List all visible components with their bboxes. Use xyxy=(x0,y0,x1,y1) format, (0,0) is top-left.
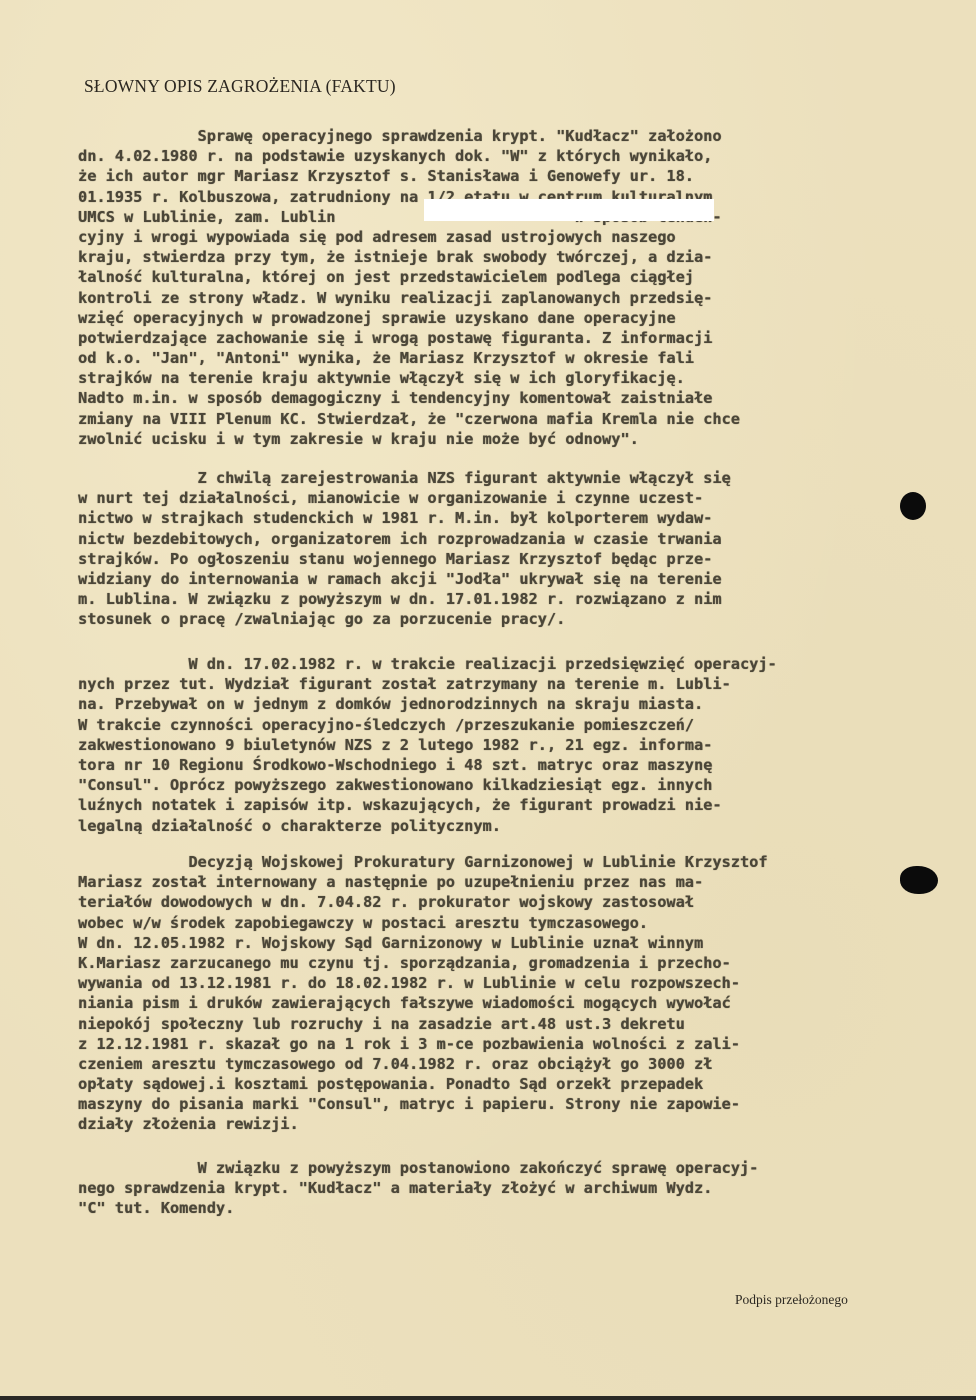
typed-line: na. Przebywał on w jednym z domków jedno… xyxy=(78,694,777,714)
typed-line: wywania od 13.12.1981 r. do 18.02.1982 r… xyxy=(78,973,768,993)
typed-line: Sprawę operacyjnego sprawdzenia krypt. "… xyxy=(78,126,740,146)
typed-line: legalną działalność o charakterze polity… xyxy=(78,816,777,836)
typed-line: kraju, stwierdza przy tym, że istnieje b… xyxy=(78,247,740,267)
typed-line: nictw bezdebitowych, organizatorem ich r… xyxy=(78,529,731,549)
typed-line: od k.o. "Jan", "Antoni" wynika, że Maria… xyxy=(78,348,740,368)
typed-line: zwolnić ucisku i w tym zakresie w kraju … xyxy=(78,429,740,449)
document-title: SŁOWNY OPIS ZAGROŻENIA (FAKTU) xyxy=(84,76,396,97)
typed-line: działy złożenia rewizji. xyxy=(78,1114,768,1134)
punch-hole-upper xyxy=(900,492,926,520)
paragraph-court-decision: Decyzją Wojskowej Prokuratury Garnizonow… xyxy=(78,852,768,1135)
typed-line: Decyzją Wojskowej Prokuratury Garnizonow… xyxy=(78,852,768,872)
typed-line: "C" tut. Komendy. xyxy=(78,1198,758,1218)
typed-line: m. Lublina. W związku z powyższym w dn. … xyxy=(78,589,731,609)
typed-line: W związku z powyższym postanowiono zakoń… xyxy=(78,1158,758,1178)
typed-line: tora nr 10 Regionu Środkowo-Wschodniego … xyxy=(78,755,777,775)
typed-line: nych przez tut. Wydział figurant został … xyxy=(78,674,777,694)
typed-line: W trakcie czynności operacyjno-śledczych… xyxy=(78,715,777,735)
typed-line: maszyny do pisania marki "Consul", matry… xyxy=(78,1094,768,1114)
typed-line: w nurt tej działalności, mianowicie w or… xyxy=(78,488,731,508)
typed-line: K.Mariasz zarzucanego mu czynu tj. sporz… xyxy=(78,953,768,973)
typed-line: nictwo w strajkach studenckich w 1981 r.… xyxy=(78,508,731,528)
typed-line: opłaty sądowej.i kosztami postępowania. … xyxy=(78,1074,768,1094)
typed-line: Z chwilą zarejestrowania NZS figurant ak… xyxy=(78,468,731,488)
paragraph-case-opening: Sprawę operacyjnego sprawdzenia krypt. "… xyxy=(78,126,740,449)
typed-line: dn. 4.02.1980 r. na podstawie uzyskanych… xyxy=(78,146,740,166)
typed-line: zakwestionowano 9 biuletynów NZS z 2 lut… xyxy=(78,735,777,755)
typed-line: wzięć operacyjnych w prowadzonej sprawie… xyxy=(78,308,740,328)
typed-line: cyjny i wrogi wypowiada się pod adresem … xyxy=(78,227,740,247)
typed-line: W dn. 17.02.1982 r. w trakcie realizacji… xyxy=(78,654,777,674)
typed-line: niepokój społeczny lub rozruchy i na zas… xyxy=(78,1014,768,1034)
typed-line: nego sprawdzenia krypt. "Kudłacz" a mate… xyxy=(78,1178,758,1198)
typed-line: strajków na terenie kraju aktywnie włącz… xyxy=(78,368,740,388)
paragraph-detention: W dn. 17.02.1982 r. w trakcie realizacji… xyxy=(78,654,777,836)
typed-line: zmiany na VIII Plenum KC. Stwierdzał, że… xyxy=(78,409,740,429)
typed-line: widziany do internowania w ramach akcji … xyxy=(78,569,731,589)
typed-line: "Consul". Oprócz powyższego zakwestionow… xyxy=(78,775,777,795)
typed-line: stosunek o pracę /zwalniając go za porzu… xyxy=(78,609,731,629)
typed-line: niania pism i druków zawierających fałsz… xyxy=(78,993,768,1013)
typed-line: luźnych notatek i zapisów itp. wskazując… xyxy=(78,795,777,815)
redaction-box xyxy=(424,199,714,221)
typed-line: Nadto m.in. w sposób demagogiczny i tend… xyxy=(78,388,740,408)
scan-edge xyxy=(0,1396,976,1400)
typed-line: Mariasz został internowany a następnie p… xyxy=(78,872,768,892)
typed-line: kontroli ze strony władz. W wyniku reali… xyxy=(78,288,740,308)
typed-line: strajków. Po ogłoszeniu stanu wojennego … xyxy=(78,549,731,569)
typed-line: wobec w/w środek zapobiegawczy w postaci… xyxy=(78,913,768,933)
typed-line: teriałów dowodowych w dn. 7.04.82 r. pro… xyxy=(78,892,768,912)
typed-line: z 12.12.1981 r. skazał go na 1 rok i 3 m… xyxy=(78,1034,768,1054)
typed-line: potwierdzające zachowanie się i wrogą po… xyxy=(78,328,740,348)
paragraph-nzs-activity: Z chwilą zarejestrowania NZS figurant ak… xyxy=(78,468,731,630)
document-page: SŁOWNY OPIS ZAGROŻENIA (FAKTU) Sprawę op… xyxy=(0,0,976,1400)
punch-hole-lower xyxy=(900,866,938,894)
typed-line: że ich autor mgr Mariasz Krzysztof s. St… xyxy=(78,166,740,186)
typed-line: łalność kulturalna, której on jest przed… xyxy=(78,267,740,287)
typed-line: W dn. 12.05.1982 r. Wojskowy Sąd Garnizo… xyxy=(78,933,768,953)
supervisor-signature-label: Podpis przełożonego xyxy=(735,1292,848,1308)
typed-line: czeniem aresztu tymczasowego od 7.04.198… xyxy=(78,1054,768,1074)
paragraph-case-closure: W związku z powyższym postanowiono zakoń… xyxy=(78,1158,758,1219)
